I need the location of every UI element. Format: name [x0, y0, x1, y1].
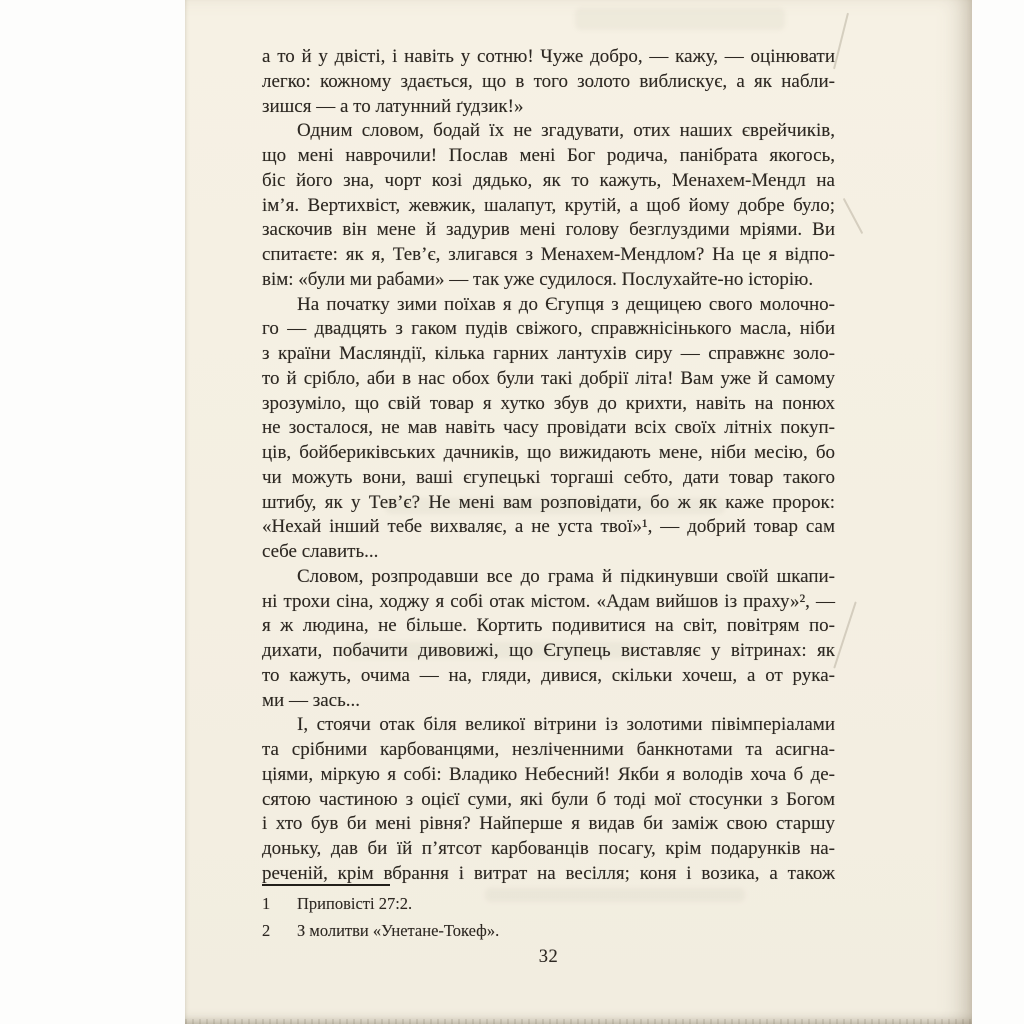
paper-crease	[833, 13, 849, 70]
text-line: зрозуміло, що свій товар я хутко збув до…	[262, 392, 835, 417]
text-line: та срібними карбованцями, незліченними б…	[262, 738, 835, 763]
text-line: чи можуть вони, ваші єгупецькі торгаші с…	[262, 466, 835, 491]
text-line: доньку, дав би їй п’ятсот карбованців по…	[262, 837, 835, 862]
book-page: а то й у двісті, і навіть у сотню! Чуже …	[185, 0, 972, 1024]
text-line: ні трохи сіна, ходжу я собі отак містом.…	[262, 590, 835, 615]
text-line: біс його зна, чорт козі дядько, як то ка…	[262, 169, 835, 194]
footnotes-block: 1 Приповісті 27:2. 2 З молитви «Унетане-…	[262, 882, 835, 944]
footnote: 2 З молитви «Унетане-Токеф».	[262, 918, 835, 945]
text-line: вім: «були ми рабами» — так уже судилося…	[262, 268, 835, 293]
footnote: 1 Приповісті 27:2.	[262, 891, 835, 918]
text-line: «Нехай інший тебе вихваляє, а не уста тв…	[262, 515, 835, 540]
text-block: а то й у двісті, і навіть у сотню! Чуже …	[262, 45, 835, 887]
text-line: ми — зась...	[262, 689, 835, 714]
text-line: я ж людина, не більше. Кортить подивитис…	[262, 614, 835, 639]
text-line: ців, бойбериківських дачників, що вижида…	[262, 441, 835, 466]
text-line: го — двадцять з гаком пудів свіжого, спр…	[262, 317, 835, 342]
text-line: ім’я. Вертихвіст, жевжик, шалапут, круті…	[262, 194, 835, 219]
text-line: і хто був би мені рівня? Найперше я вида…	[262, 812, 835, 837]
footnote-text: Приповісті 27:2.	[297, 891, 412, 918]
text-line: ціями, міркую я собі: Владико Небесний! …	[262, 763, 835, 788]
footnote-separator	[262, 884, 390, 886]
text-line: не зосталося, не мав навіть часу провіда…	[262, 416, 835, 441]
paper-crease	[833, 601, 857, 668]
footnote-number: 2	[262, 918, 297, 945]
text-line: спитаєте: як я, Тев’є, злигався з Менахе…	[262, 243, 835, 268]
show-through-ghost	[575, 8, 785, 30]
text-line: легко: кожному здається, що в того золот…	[262, 70, 835, 95]
page-number: 32	[262, 947, 835, 968]
footnote-text: З молитви «Унетане-Токеф».	[297, 918, 499, 945]
text-line: Словом, розпродавши все до грама й підки…	[262, 565, 835, 590]
footnote-number: 1	[262, 891, 297, 918]
text-line: дихати, побачити дивовижі, що Єгупець ви…	[262, 639, 835, 664]
paper-crease	[843, 198, 864, 234]
text-line: а то й у двісті, і навіть у сотню! Чуже …	[262, 45, 835, 70]
text-line: На початку зими поїхав я до Єгупця з дещ…	[262, 293, 835, 318]
text-line: заскочив він мене й задурив мені голову …	[262, 218, 835, 243]
text-line: штибу, як у Тев’є? Не мені вам розповіда…	[262, 491, 835, 516]
text-line: сятою частиною з оцієї суми, які були б …	[262, 788, 835, 813]
text-line: з країни Масляндії, кілька гарних лантух…	[262, 342, 835, 367]
text-line: І, стоячи отак біля великої вітрини із з…	[262, 713, 835, 738]
scanned-book-page-background: а то й у двісті, і навіть у сотню! Чуже …	[0, 0, 1024, 1024]
text-line: Одним словом, бодай їх не згадувати, оти…	[262, 119, 835, 144]
text-line: то й срібло, аби в нас обох були такі до…	[262, 367, 835, 392]
text-line: то кажуть, очима — на, гляди, дивися, ск…	[262, 664, 835, 689]
text-line: себе славить...	[262, 540, 835, 565]
text-line: що мені наврочили! Послав мені Бог родич…	[262, 144, 835, 169]
text-line: зишся — а то латунний ґудзик!»	[262, 95, 835, 120]
